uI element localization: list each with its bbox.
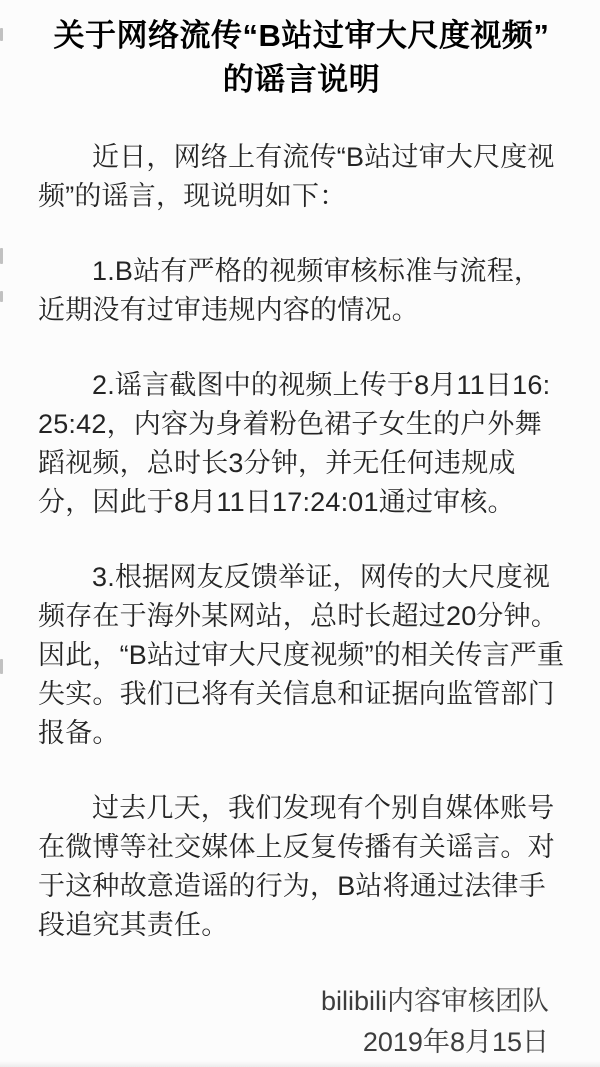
rumor-statement-document: 关于网络流传“B站过审大尺度视频” 的谣言说明 近日，网络上有流传“B站过审大尺… — [0, 0, 600, 1067]
bottom-edge-shade — [0, 1061, 600, 1067]
signature-team: bilibili内容审核团队 — [38, 981, 549, 1022]
document-title-line-2: 的谣言说明 — [38, 58, 565, 102]
document-title: 关于网络流传“B站过审大尺度视频” 的谣言说明 — [38, 14, 565, 102]
document-body: 近日，网络上有流传“B站过审大尺度视频”的谣言，现说明如下： 1.B站有严格的视… — [38, 138, 565, 945]
left-edge-artifact — [0, 659, 3, 674]
paragraph-point-1: 1.B站有严格的视频审核标准与流程，近期没有过审违规内容的情况。 — [38, 252, 565, 330]
paragraph-intro: 近日，网络上有流传“B站过审大尺度视频”的谣言，现说明如下： — [38, 138, 565, 216]
left-edge-artifact — [0, 291, 3, 302]
paragraph-point-2: 2.谣言截图中的视频上传于8月11日16:25:42，内容为身着粉色裙子女生的户… — [38, 366, 565, 522]
signature-block: bilibili内容审核团队 2019年8月15日 — [38, 981, 565, 1063]
left-edge-artifact — [0, 28, 3, 41]
left-edge-artifact — [0, 248, 3, 264]
document-title-line-1: 关于网络流传“B站过审大尺度视频” — [38, 14, 565, 58]
signature-date: 2019年8月15日 — [38, 1022, 549, 1063]
paragraph-point-3: 3.根据网友反馈举证，网传的大尺度视频存在于海外某网站，总时长超过20分钟。因此… — [38, 558, 565, 753]
paragraph-closing: 过去几天，我们发现有个别自媒体账号在微博等社交媒体上反复传播有关谣言。对于这种故… — [38, 789, 565, 945]
